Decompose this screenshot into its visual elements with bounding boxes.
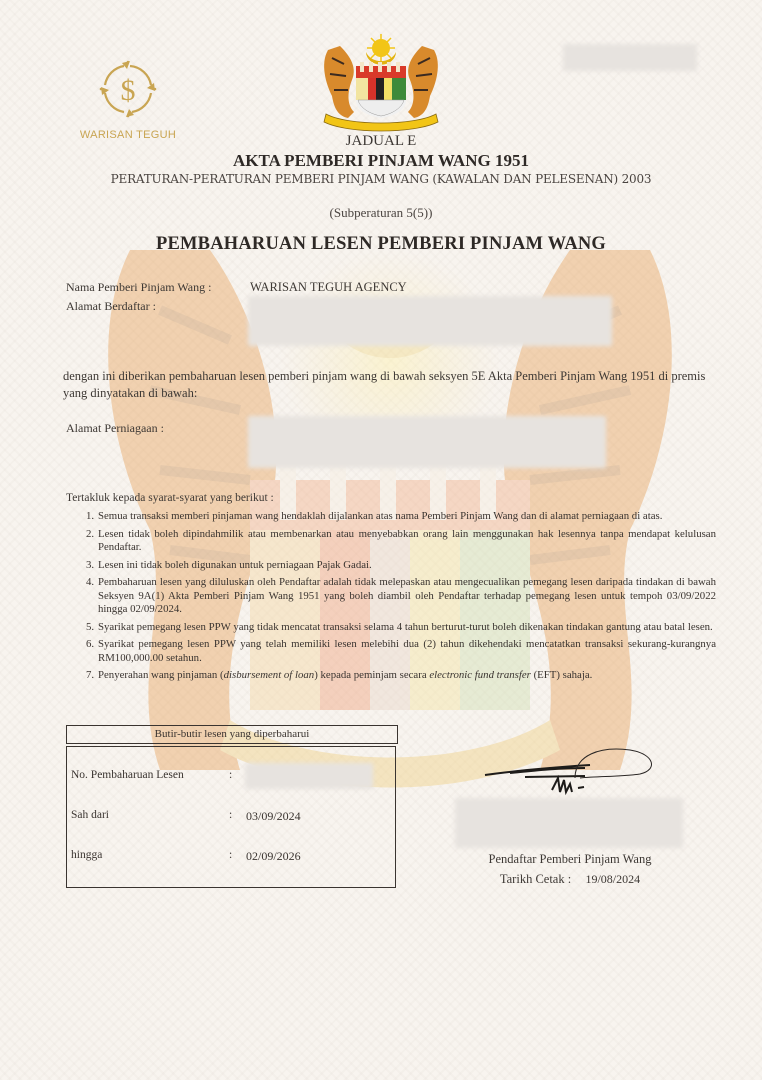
dollar-cycle-icon: $: [97, 58, 159, 120]
condition-item: 1.Semua transaksi memberi pinjaman wang …: [86, 510, 716, 524]
renewal-number-redacted: [245, 763, 373, 789]
schedule-label: JADUAL E: [0, 133, 762, 150]
details-heading: Butir-butir lesen yang diperbaharui: [66, 725, 398, 744]
condition-item: 6.Syarikat pemegang lesen PPW yang telah…: [86, 638, 716, 665]
regulations-title: PERATURAN-PERATURAN PEMBERI PINJAM WANG …: [0, 172, 762, 186]
business-address-label: Alamat Perniagaan :: [66, 421, 164, 436]
condition-item: 2.Lesen tidak boleh dipindahmilik atau m…: [86, 528, 716, 555]
licensee-name-value: WARISAN TEGUH AGENCY: [250, 280, 407, 295]
details-box: No. Pembaharuan Lesen : Sah dari : 03/09…: [66, 746, 396, 888]
act-title: AKTA PEMBERI PINJAM WANG 1951: [0, 151, 762, 171]
condition-item: 5.Syarikat pemegang lesen PPW yang tidak…: [86, 621, 716, 635]
registrar-role: Pendaftar Pemberi Pinjam Wang: [440, 852, 700, 867]
print-date-line: Tarikh Cetak : 19/08/2024: [440, 872, 700, 887]
licensee-name-label: Nama Pemberi Pinjam Wang :: [66, 280, 211, 295]
registered-address-label: Alamat Berdaftar :: [66, 299, 156, 314]
condition-item: 7.Penyerahan wang pinjaman (disbursement…: [86, 669, 716, 683]
signature-icon: [480, 740, 660, 800]
condition-item: 3.Lesen ini tidak boleh digunakan untuk …: [86, 559, 716, 573]
redacted-reference: [563, 44, 697, 71]
svg-text:$: $: [121, 74, 136, 107]
conditions-intro: Tertakluk kepada syarat-syarat yang beri…: [66, 492, 716, 504]
conditions-list: 1.Semua transaksi memberi pinjaman wang …: [66, 510, 716, 683]
page-title: PEMBAHARUAN LESEN PEMBERI PINJAM WANG: [0, 234, 762, 255]
registrar-name-redacted: [455, 798, 683, 848]
print-date-value: 19/08/2024: [585, 872, 640, 886]
grant-statement: dengan ini diberikan pembaharuan lesen p…: [63, 368, 715, 402]
company-logo: $ WARISAN TEGUH: [78, 58, 178, 141]
registered-address-redacted: [248, 296, 612, 346]
malaysia-coat-of-arms-icon: [318, 34, 444, 134]
print-date-label: Tarikh Cetak :: [500, 872, 571, 886]
conditions-section: Tertakluk kepada syarat-syarat yang beri…: [66, 492, 716, 687]
business-address-redacted: [248, 416, 606, 468]
subregulation: (Subperaturan 5(5)): [0, 205, 762, 221]
condition-item: 4.Pembaharuan lesen yang diluluskan oleh…: [86, 576, 716, 617]
